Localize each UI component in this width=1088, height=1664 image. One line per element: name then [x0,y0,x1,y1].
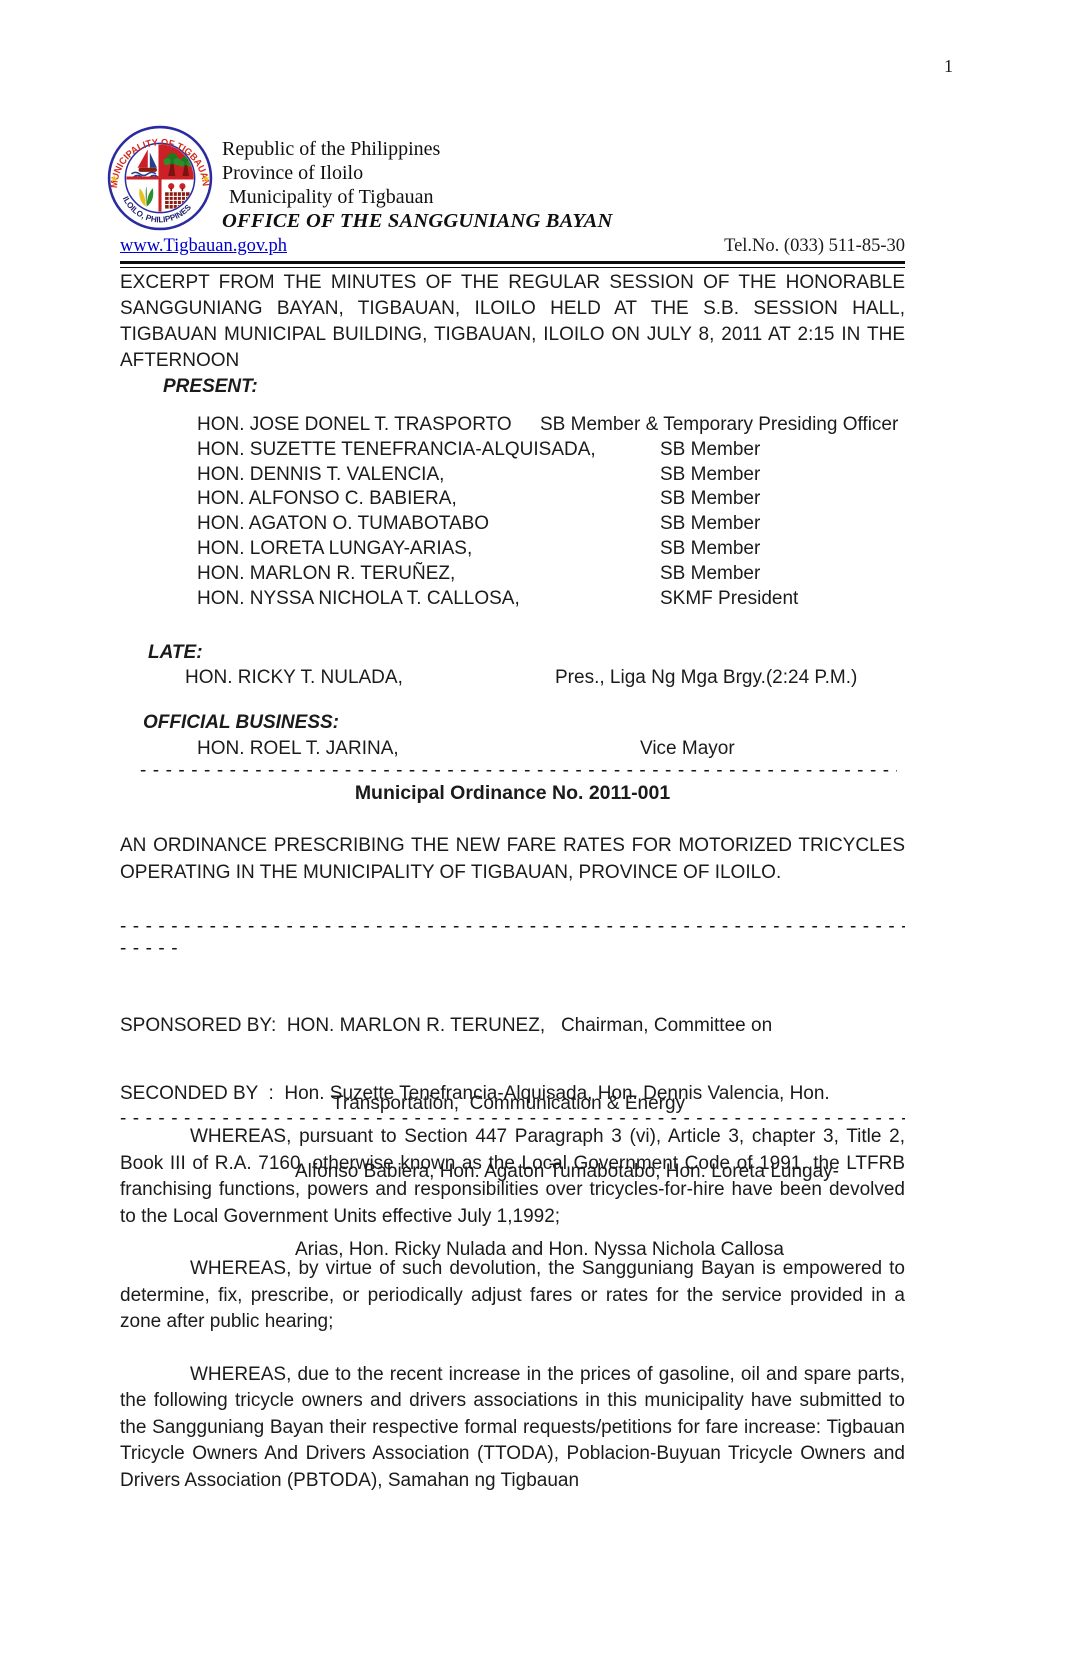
letterhead: Republic of the Philippines Province of … [222,137,612,233]
whereas-clause-1: WHEREAS, pursuant to Section 447 Paragra… [120,1124,905,1230]
document-page: 1 [0,0,1088,1664]
official-business-heading: OFFICIAL BUSINESS: [120,712,928,734]
seal-star-right-icon: ★ [201,174,210,185]
letterhead-office: OFFICE OF THE SANGGUNIANG BAYAN [222,209,612,233]
dashed-separator-line: - - - - - - - - - - - - - - - - - - - - … [120,916,905,938]
member-row: HON. ALFONSO C. BABIERA, SB Member [120,487,905,512]
contact-row: www.Tigbauan.gov.ph Tel.No. (033) 511-85… [120,236,905,257]
header-rule [120,261,905,268]
member-name: HON. AGATON O. TUMABOTABO [197,512,660,537]
municipal-seal: MUNICIPALITY OF TIGBAUAN ILOILO, PHILIPP… [107,125,213,231]
member-role: SB Member [660,438,760,463]
member-row: HON. LORETA LUNGAY-ARIAS, SB Member [120,537,905,562]
dashed-separator-wrapped: - - - - - - - - - - - - - - - - - - - - … [120,916,905,960]
member-name: HON. RICKY T. NULADA, [185,667,555,689]
member-name: HON. SUZETTE TENEFRANCIA-ALQUISADA, [197,438,660,463]
ordinance-subject: AN ORDINANCE PRESCRIBING THE NEW FARE RA… [120,832,905,886]
letterhead-republic: Republic of the Philippines [222,137,612,161]
letterhead-province: Province of Iloilo [222,161,612,185]
whereas-clause-2: WHEREAS, by virtue of such devolution, t… [120,1256,905,1336]
member-name: HON. JOSE DONEL T. TRASPORTO [197,413,540,438]
member-row: HON. DENNIS T. VALENCIA, SB Member [120,463,905,488]
member-row: HON. SUZETTE TENEFRANCIA-ALQUISADA, SB M… [120,438,905,463]
website-link[interactable]: www.Tigbauan.gov.ph [120,236,287,257]
late-member-row: HON. RICKY T. NULADA, Pres., Liga Ng Mga… [120,667,970,689]
late-heading: LATE: [120,642,933,664]
whereas-clauses: WHEREAS, pursuant to Section 447 Paragra… [120,1124,905,1520]
dashed-separator: - - - - - - - - - - - - - - - - - - - - … [140,760,897,782]
member-row: HON. AGATON O. TUMABOTABO SB Member [120,512,905,537]
ordinance-subject-text: AN ORDINANCE PRESCRIBING THE NEW FARE RA… [120,832,905,886]
member-role: SKMF President [660,587,798,612]
member-role: SB Member [660,463,760,488]
member-name: HON. LORETA LUNGAY-ARIAS, [197,537,660,562]
member-role: SB Member [660,487,760,512]
member-name: HON. ALFONSO C. BABIERA, [197,487,660,512]
seconded-by-line1: SECONDED BY : Hon. Suzette Tenefrancia-A… [120,1081,905,1107]
member-role: Vice Mayor [640,738,735,760]
seal-star-left-icon: ★ [110,174,119,185]
municipal-seal-graphic: MUNICIPALITY OF TIGBAUAN ILOILO, PHILIPP… [107,125,213,231]
member-role: SB Member & Temporary Presiding Officer [540,413,898,438]
member-role: Pres., Liga Ng Mga Brgy.(2:24 P.M.) [555,667,857,689]
whereas-clause-3: WHEREAS, due to the recent increase in t… [120,1362,905,1495]
present-member-list: HON. JOSE DONEL T. TRASPORTO SB Member &… [120,413,905,611]
official-business-row: HON. ROEL T. JARINA, Vice Mayor [120,738,982,760]
dashed-separator-overflow: - - - - - [120,938,905,960]
telephone-number: Tel.No. (033) 511-85-30 [724,236,905,257]
member-row: HON. MARLON R. TERUÑEZ, SB Member [120,562,905,587]
member-row: HON. JOSE DONEL T. TRASPORTO SB Member &… [120,413,905,438]
member-row: HON. NYSSA NICHOLA T. CALLOSA, SKMF Pres… [120,587,905,612]
present-heading: PRESENT: [120,376,948,398]
member-role: SB Member [660,562,760,587]
member-name: HON. ROEL T. JARINA, [197,738,640,760]
page-number: 1 [944,56,953,77]
member-role: SB Member [660,512,760,537]
excerpt-paragraph: EXCERPT FROM THE MINUTES OF THE REGULAR … [120,270,905,374]
ordinance-title: Municipal Ordinance No. 2011-001 [120,782,905,805]
member-name: HON. DENNIS T. VALENCIA, [197,463,660,488]
member-name: HON. NYSSA NICHOLA T. CALLOSA, [197,587,660,612]
member-role: SB Member [660,537,760,562]
letterhead-municipality: Municipality of Tigbauan [222,185,612,209]
member-name: HON. MARLON R. TERUÑEZ, [197,562,660,587]
